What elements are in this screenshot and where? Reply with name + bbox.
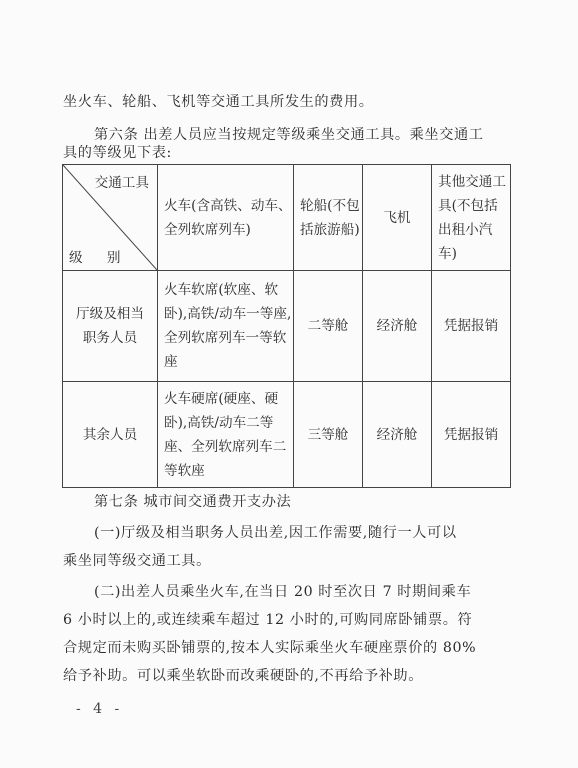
article7-p2-line3: 合规定而未购买卧铺票的,按本人实际乘坐火车硬座票价的 80% bbox=[63, 638, 476, 658]
article6-line2: 具的等级见下表: bbox=[63, 143, 172, 163]
train-cell: 火车软席(软座、软卧),高铁/动车一等座,全列软席列车一等软座 bbox=[158, 271, 294, 382]
header-plane: 飞机 bbox=[363, 165, 432, 271]
ship-cell: 二等舱 bbox=[294, 271, 363, 382]
plane-cell: 经济舱 bbox=[363, 271, 432, 382]
transport-grade-table: 交通工具 级 别 火车(含高铁、动车、全列软席列车) 轮船(不包括旅游船) 飞机… bbox=[62, 164, 511, 488]
header-ship: 轮船(不包括旅游船) bbox=[294, 165, 363, 271]
article7-p1-line2: 乘坐同等级交通工具。 bbox=[63, 551, 211, 571]
other-cell: 凭据报销 bbox=[432, 382, 511, 488]
document-page: 坐火车、轮船、飞机等交通工具所发生的费用。 第六条 出差人员应当按规定等级乘坐交… bbox=[0, 0, 578, 768]
other-cell: 凭据报销 bbox=[432, 271, 511, 382]
ship-cell: 三等舱 bbox=[294, 382, 363, 488]
table-header-row: 交通工具 级 别 火车(含高铁、动车、全列软席列车) 轮船(不包括旅游船) 飞机… bbox=[63, 165, 511, 271]
train-cell: 火车硬席(硬座、硬卧),高铁/动车二等座、全列软席列车二等软座 bbox=[158, 382, 294, 488]
article6-line1: 第六条 出差人员应当按规定等级乘坐交通工具。乘坐交通工 bbox=[94, 125, 484, 145]
table-row: 厅级及相当职务人员 火车软席(软座、软卧),高铁/动车一等座,全列软席列车一等软… bbox=[63, 271, 511, 382]
corner-label-transport: 交通工具 bbox=[95, 171, 149, 191]
article7-p2-line2: 6 小时以上的,或连续乘车超过 12 小时的,可购同席卧铺票。符 bbox=[63, 610, 472, 630]
article7-title: 第七条 城市间交通费开支办法 bbox=[94, 492, 291, 512]
header-train: 火车(含高铁、动车、全列软席列车) bbox=[158, 165, 294, 271]
corner-cell: 交通工具 级 别 bbox=[63, 165, 158, 271]
article7-p2-line1: (二)出差人员乘坐火车,在当日 20 时至次日 7 时期间乘车 bbox=[94, 582, 471, 602]
intro-line: 坐火车、轮船、飞机等交通工具所发生的费用。 bbox=[63, 92, 374, 112]
plane-cell: 经济舱 bbox=[363, 382, 432, 488]
article7-p2-line4: 给予补助。可以乘坐软卧而改乘硬卧的,不再给予补助。 bbox=[63, 666, 423, 686]
article7-p1-line1: (一)厅级及相当职务人员出差,因工作需要,随行一人可以 bbox=[94, 523, 457, 543]
level-cell: 其余人员 bbox=[63, 382, 158, 488]
corner-label-level: 级 别 bbox=[69, 246, 131, 266]
table-row: 其余人员 火车硬席(硬座、硬卧),高铁/动车二等座、全列软席列车二等软座 三等舱… bbox=[63, 382, 511, 488]
level-cell: 厅级及相当职务人员 bbox=[63, 271, 158, 382]
header-other: 其他交通工具(不包括出租小汽车) bbox=[432, 165, 511, 271]
page-number: - 4 - bbox=[76, 701, 123, 717]
